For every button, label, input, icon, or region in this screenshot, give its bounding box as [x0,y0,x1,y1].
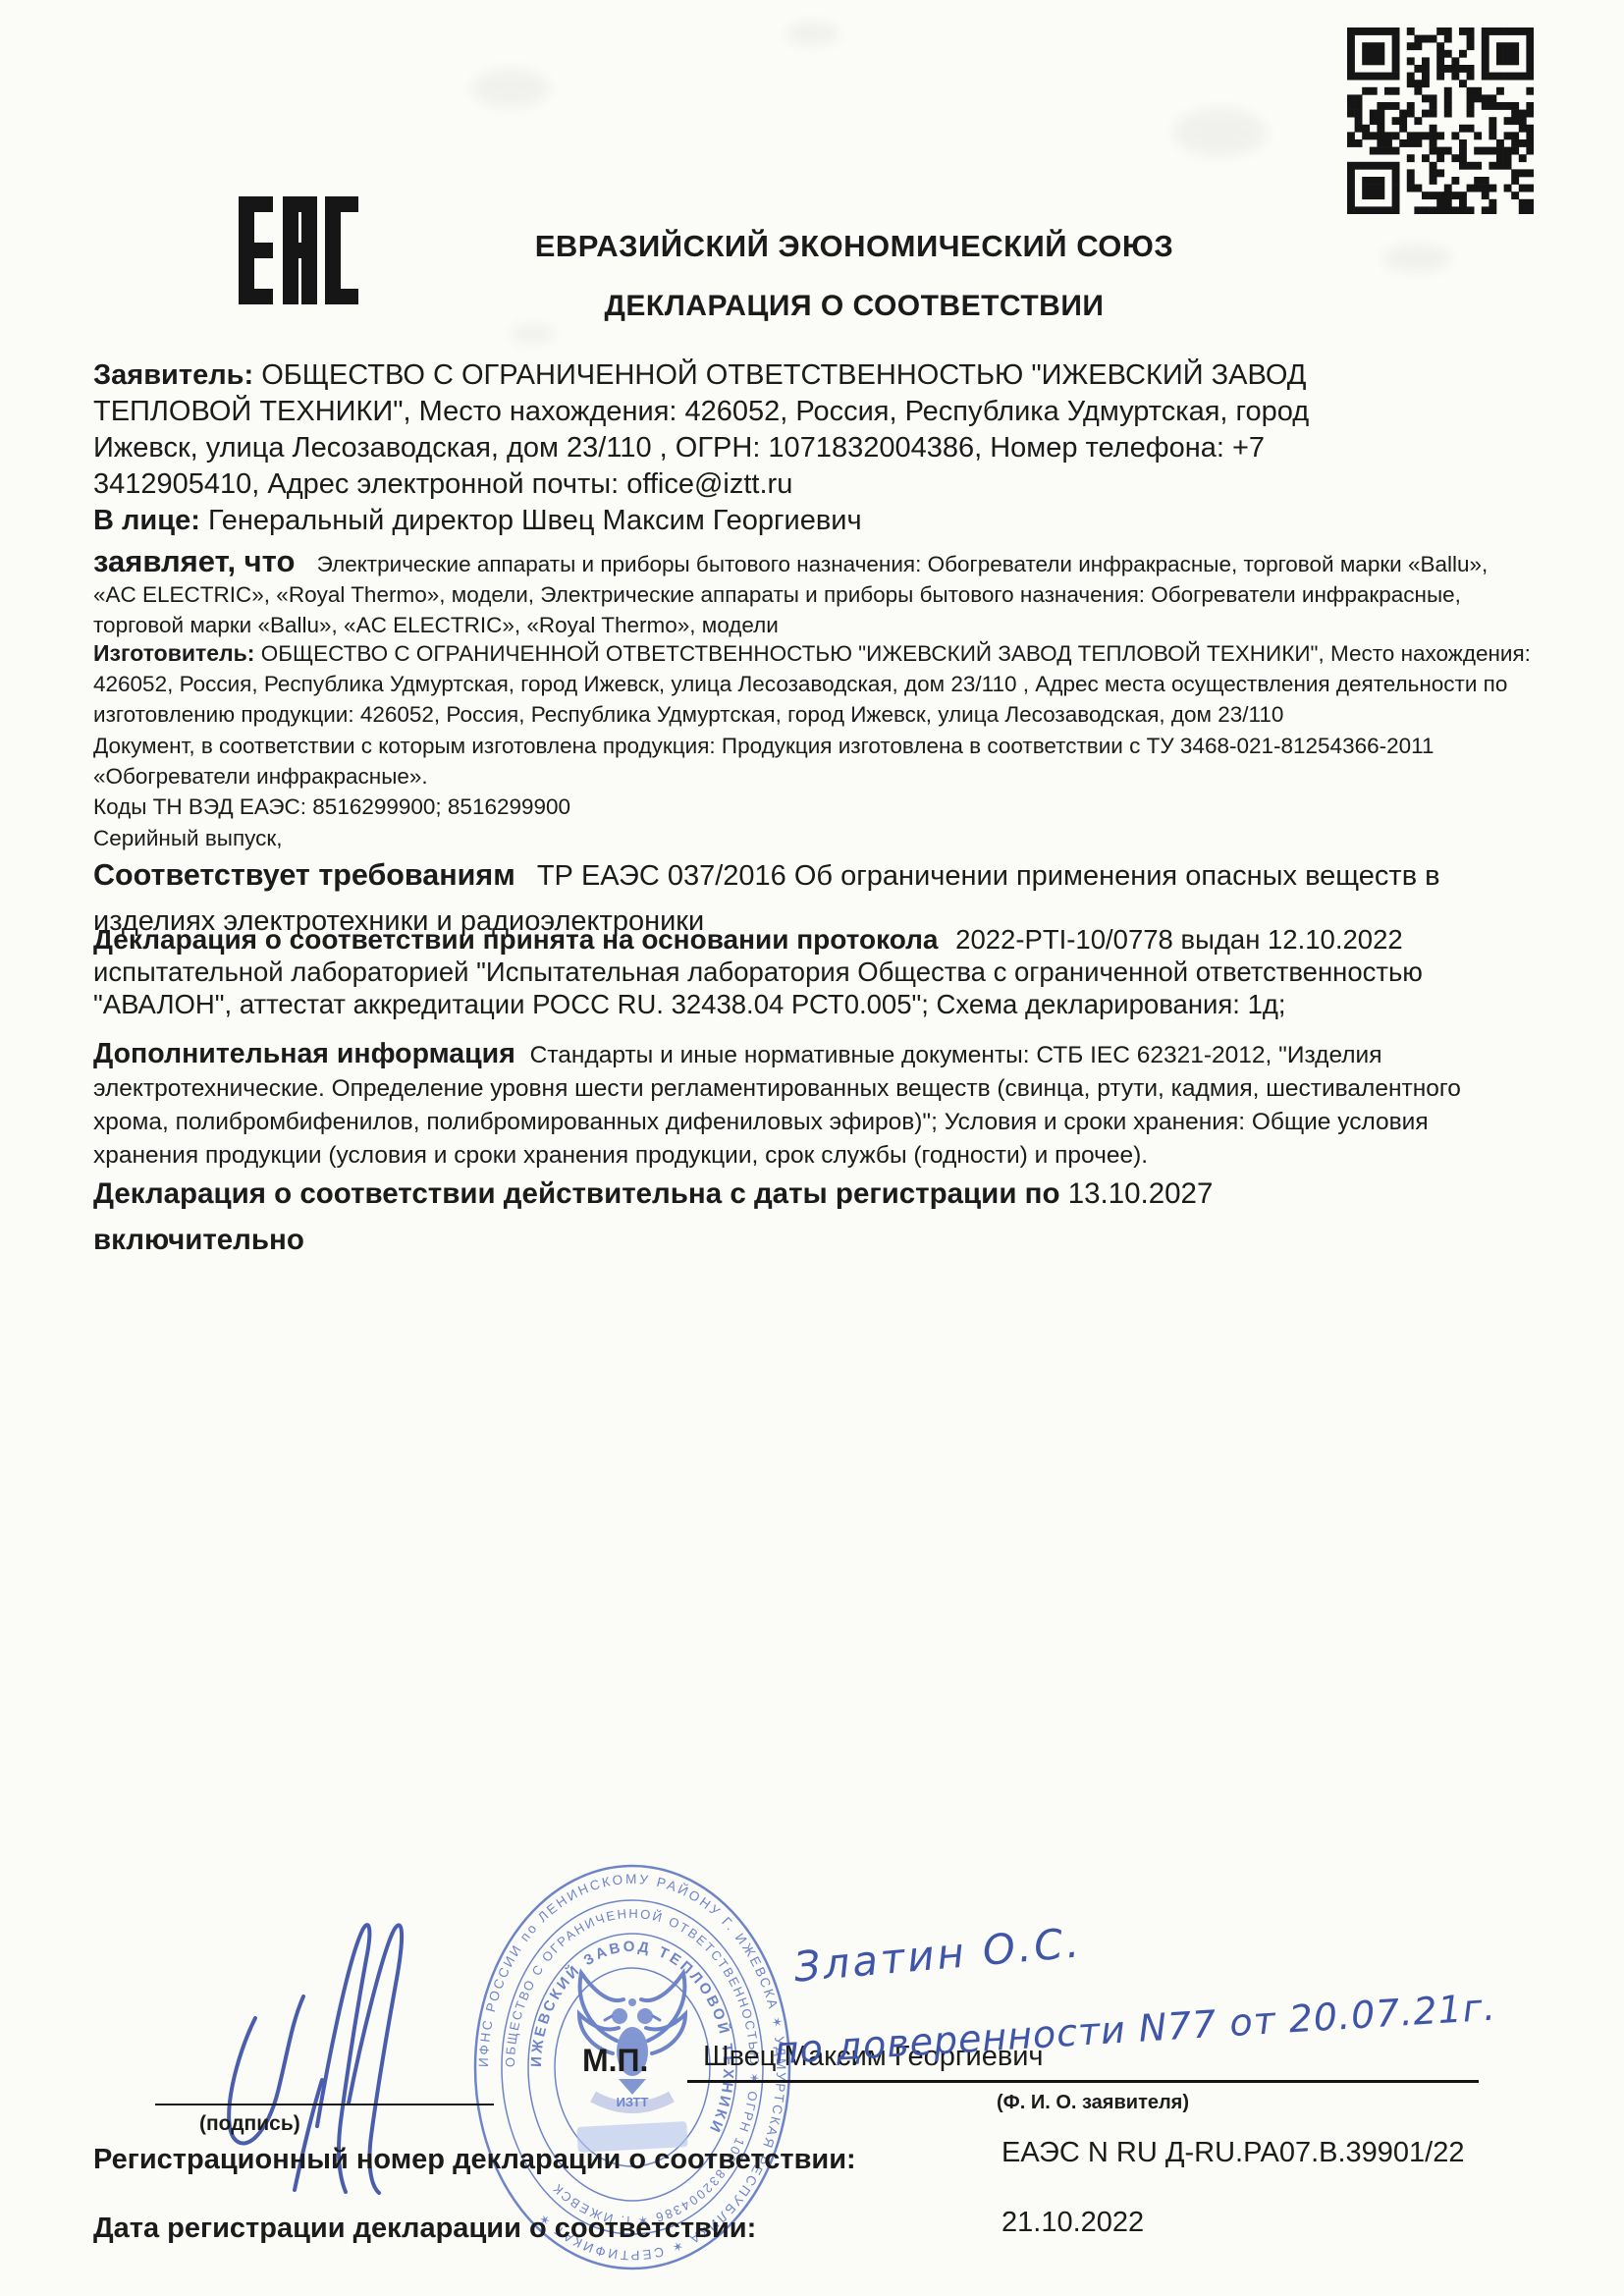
validity-bold2: включительно [93,1224,304,1256]
qr-code [1347,27,1534,214]
scan-smudge [785,22,839,46]
scan-smudge [471,69,550,108]
signature-line [155,2104,494,2105]
manufacturer-text: ОБЩЕСТВО С ОГРАНИЧЕННОЙ ОТВЕТСТВЕННОСТЬЮ… [93,641,1531,727]
declaration-title: ДЕКЛАРАЦИЯ О СООТВЕТСТВИИ [93,290,1615,323]
applicant-label: Заявитель: [93,359,253,391]
serial-line: Серийный выпуск, [93,823,1539,853]
manufacturer-paragraph: Изготовитель: ОБЩЕСТВО С ОГРАНИЧЕННОЙ ОТ… [93,638,1539,730]
handwritten-note-line2: по доверенности N77 от 20.07.21г. [773,1986,1497,2073]
person-text: Генеральный директор Швец Максим Георгие… [208,505,862,536]
declares-label: заявляет, что [93,544,295,578]
union-title: ЕВРАЗИЙСКИЙ ЭКОНОМИЧЕСКИЙ СОЮЗ [93,229,1615,264]
fio-line [687,2080,1479,2083]
validity-bold1: Декларация о соответствии действительна … [93,1177,1060,1210]
declares-paragraph: заявляет, что Электрические аппараты и п… [93,546,1537,640]
scan-smudge [1173,108,1267,157]
manufacturer-label: Изготовитель: [93,640,254,666]
declares-text: Электрические аппараты и приборы бытовог… [93,552,1488,637]
person-paragraph: В лице: Генеральный директор Швец Максим… [93,503,1532,539]
fio-caption: (Ф. И. О. заявителя) [997,2092,1189,2114]
applicant-text: ОБЩЕСТВО С ОГРАНИЧЕННОЙ ОТВЕТСТВЕННОСТЬЮ… [93,359,1309,500]
registration-number-value: ЕАЭС N RU Д-RU.РА07.В.39901/22 [1001,2137,1465,2169]
applicant-paragraph: Заявитель: ОБЩЕСТВО С ОГРАНИЧЕННОЙ ОТВЕТ… [93,357,1380,503]
conforms-label: Соответствует требованиям [93,858,515,892]
mp-label: М.П. [582,2043,648,2079]
tnved-line: Коды ТН ВЭД ЕАЭС: 8516299900; 8516299900 [93,792,1539,822]
qr-code-pattern [1347,27,1534,214]
additional-label: Дополнительная информация [93,1038,515,1069]
signature-caption: (подпись) [199,2112,300,2136]
registration-date-value: 21.10.2022 [1001,2207,1144,2239]
scan-smudge [511,324,555,344]
document-paragraph: Документ, в соответствии с которым изгот… [93,731,1539,792]
validity-date: 13.10.2027 [1068,1177,1214,1210]
basis-label: Декларация о соответствии принята на осн… [93,924,939,955]
registration-date-label: Дата регистрации декларации о соответств… [93,2213,977,2245]
validity-paragraph: Декларация о соответствии действительна … [93,1171,1537,1263]
person-label: В лице: [93,505,200,536]
stamp-banner-text: ИЗТТ [617,2095,649,2109]
additional-paragraph: Дополнительная информация Стандарты и ин… [93,1037,1539,1173]
handwritten-note-line1: Златин О.С. [791,1918,1083,1991]
basis-paragraph: Декларация о соответствии принята на осн… [93,923,1537,1020]
registration-number-label: Регистрационный номер декларации о соотв… [93,2144,977,2176]
